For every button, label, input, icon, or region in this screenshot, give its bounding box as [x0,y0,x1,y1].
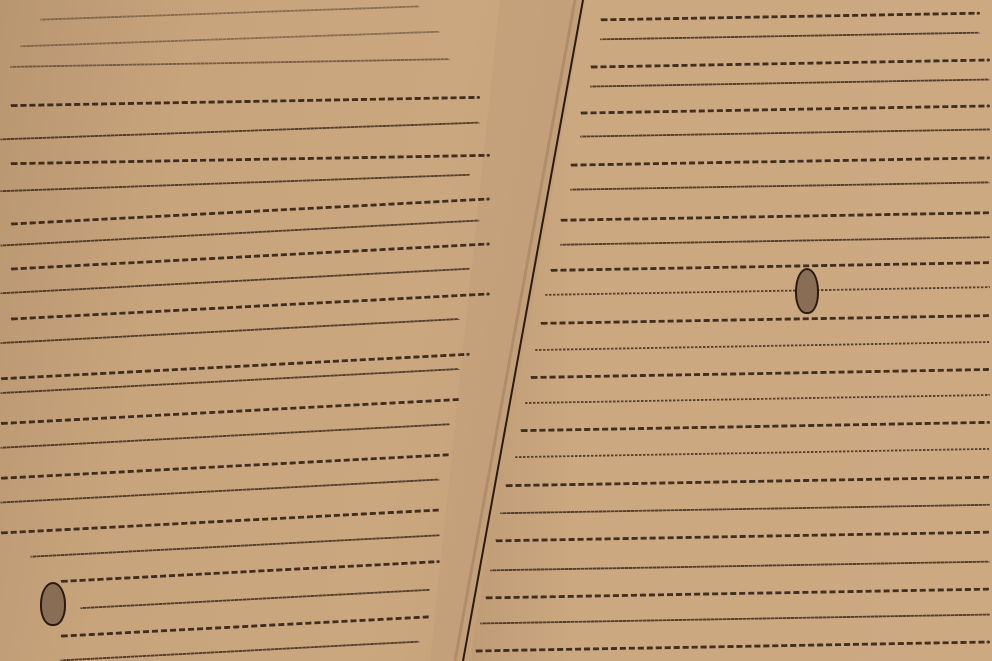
manuscript-photo [0,0,992,661]
decorated-initial-right [795,268,819,314]
right-page-text [0,0,992,661]
